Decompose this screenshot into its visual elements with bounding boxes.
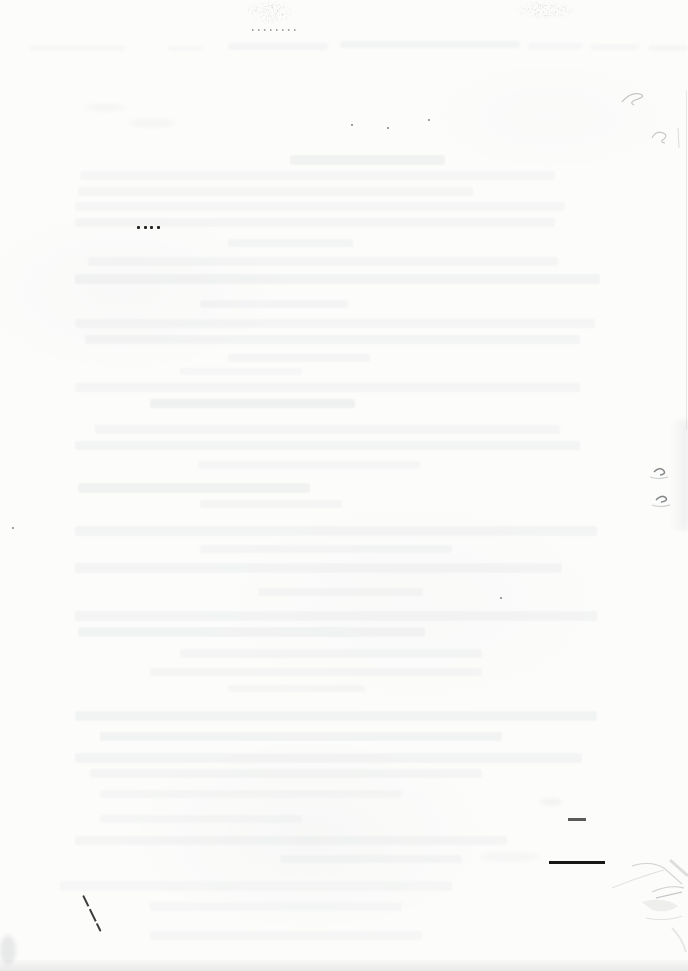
faded-text-line [75,202,565,211]
faded-text-line [100,732,502,741]
faded-text-line [150,931,422,940]
dash-mark [568,818,586,821]
bottom-edge-shadow [0,960,688,971]
scanner-streak-segment [228,43,328,50]
faded-text-line [180,649,482,658]
faded-text-line [78,483,310,493]
faded-text-line [228,685,365,692]
faded-text-line [75,526,597,536]
scanner-streak-segment [340,41,520,48]
scanner-streak-segment [30,46,125,51]
soft-smudge [540,799,562,805]
faded-text-line [75,383,580,392]
faded-text-line [75,319,595,328]
ink-dot [150,226,153,229]
scanner-streak-segment [648,45,688,51]
faded-text-line [75,611,597,621]
ink-speck [500,597,502,599]
faded-text-line [228,354,370,362]
soft-smudge [0,935,16,965]
faded-text-line [75,274,600,284]
faded-text-line [258,588,423,596]
right-edge-line [686,90,687,430]
faded-text-line [280,855,462,863]
faded-text-line [100,815,302,823]
grain-smudge-left [243,0,295,25]
grain-smudge-right [512,0,578,20]
faded-text-line [200,545,452,553]
faded-text-line [75,836,507,845]
underline-mark [549,861,605,864]
faded-text-line [75,711,597,721]
faded-text-line [85,335,580,344]
ink-speck [387,127,389,129]
scanner-streak-segment [528,43,583,49]
faded-text-line [60,881,452,891]
ink-dot [144,226,147,229]
faint-dotted-line [252,29,300,31]
faded-text-line [290,155,445,165]
faded-text-line [180,368,302,375]
faded-text-line [150,668,482,676]
faded-text-line [75,441,580,450]
ink-speck [428,119,430,121]
faded-text-line [80,171,555,180]
faded-text-line [78,187,473,196]
soft-smudge [480,852,540,862]
faded-text-line [198,461,420,469]
faded-text-line [75,218,555,227]
ink-dot [157,226,160,229]
faded-text-line [95,425,560,434]
faded-text-line [200,300,348,308]
faded-text-line [75,563,562,573]
ink-speck [351,124,353,126]
faded-text-line [200,500,342,508]
faded-text-line [88,257,558,266]
pencil-squiggle-mark [620,88,650,108]
scanned-page [0,0,688,971]
faded-text-line [90,769,482,778]
soft-smudge [128,119,176,127]
ink-speck [12,527,14,529]
pen-stroke [82,895,101,932]
scanner-streak-segment [590,44,640,50]
faded-text-line [75,753,582,763]
faded-text-line [100,790,402,798]
soft-smudge [85,104,125,111]
right-edge-shading [670,420,688,530]
faded-text-line [228,239,353,247]
pencil-squiggle-mark [648,126,684,150]
faded-text-line [78,627,425,637]
faded-text-line [150,902,402,911]
faded-text-line [150,399,355,408]
crumpled-corner [612,858,688,958]
ink-dot [137,226,140,229]
scanner-streak-segment [168,46,203,51]
